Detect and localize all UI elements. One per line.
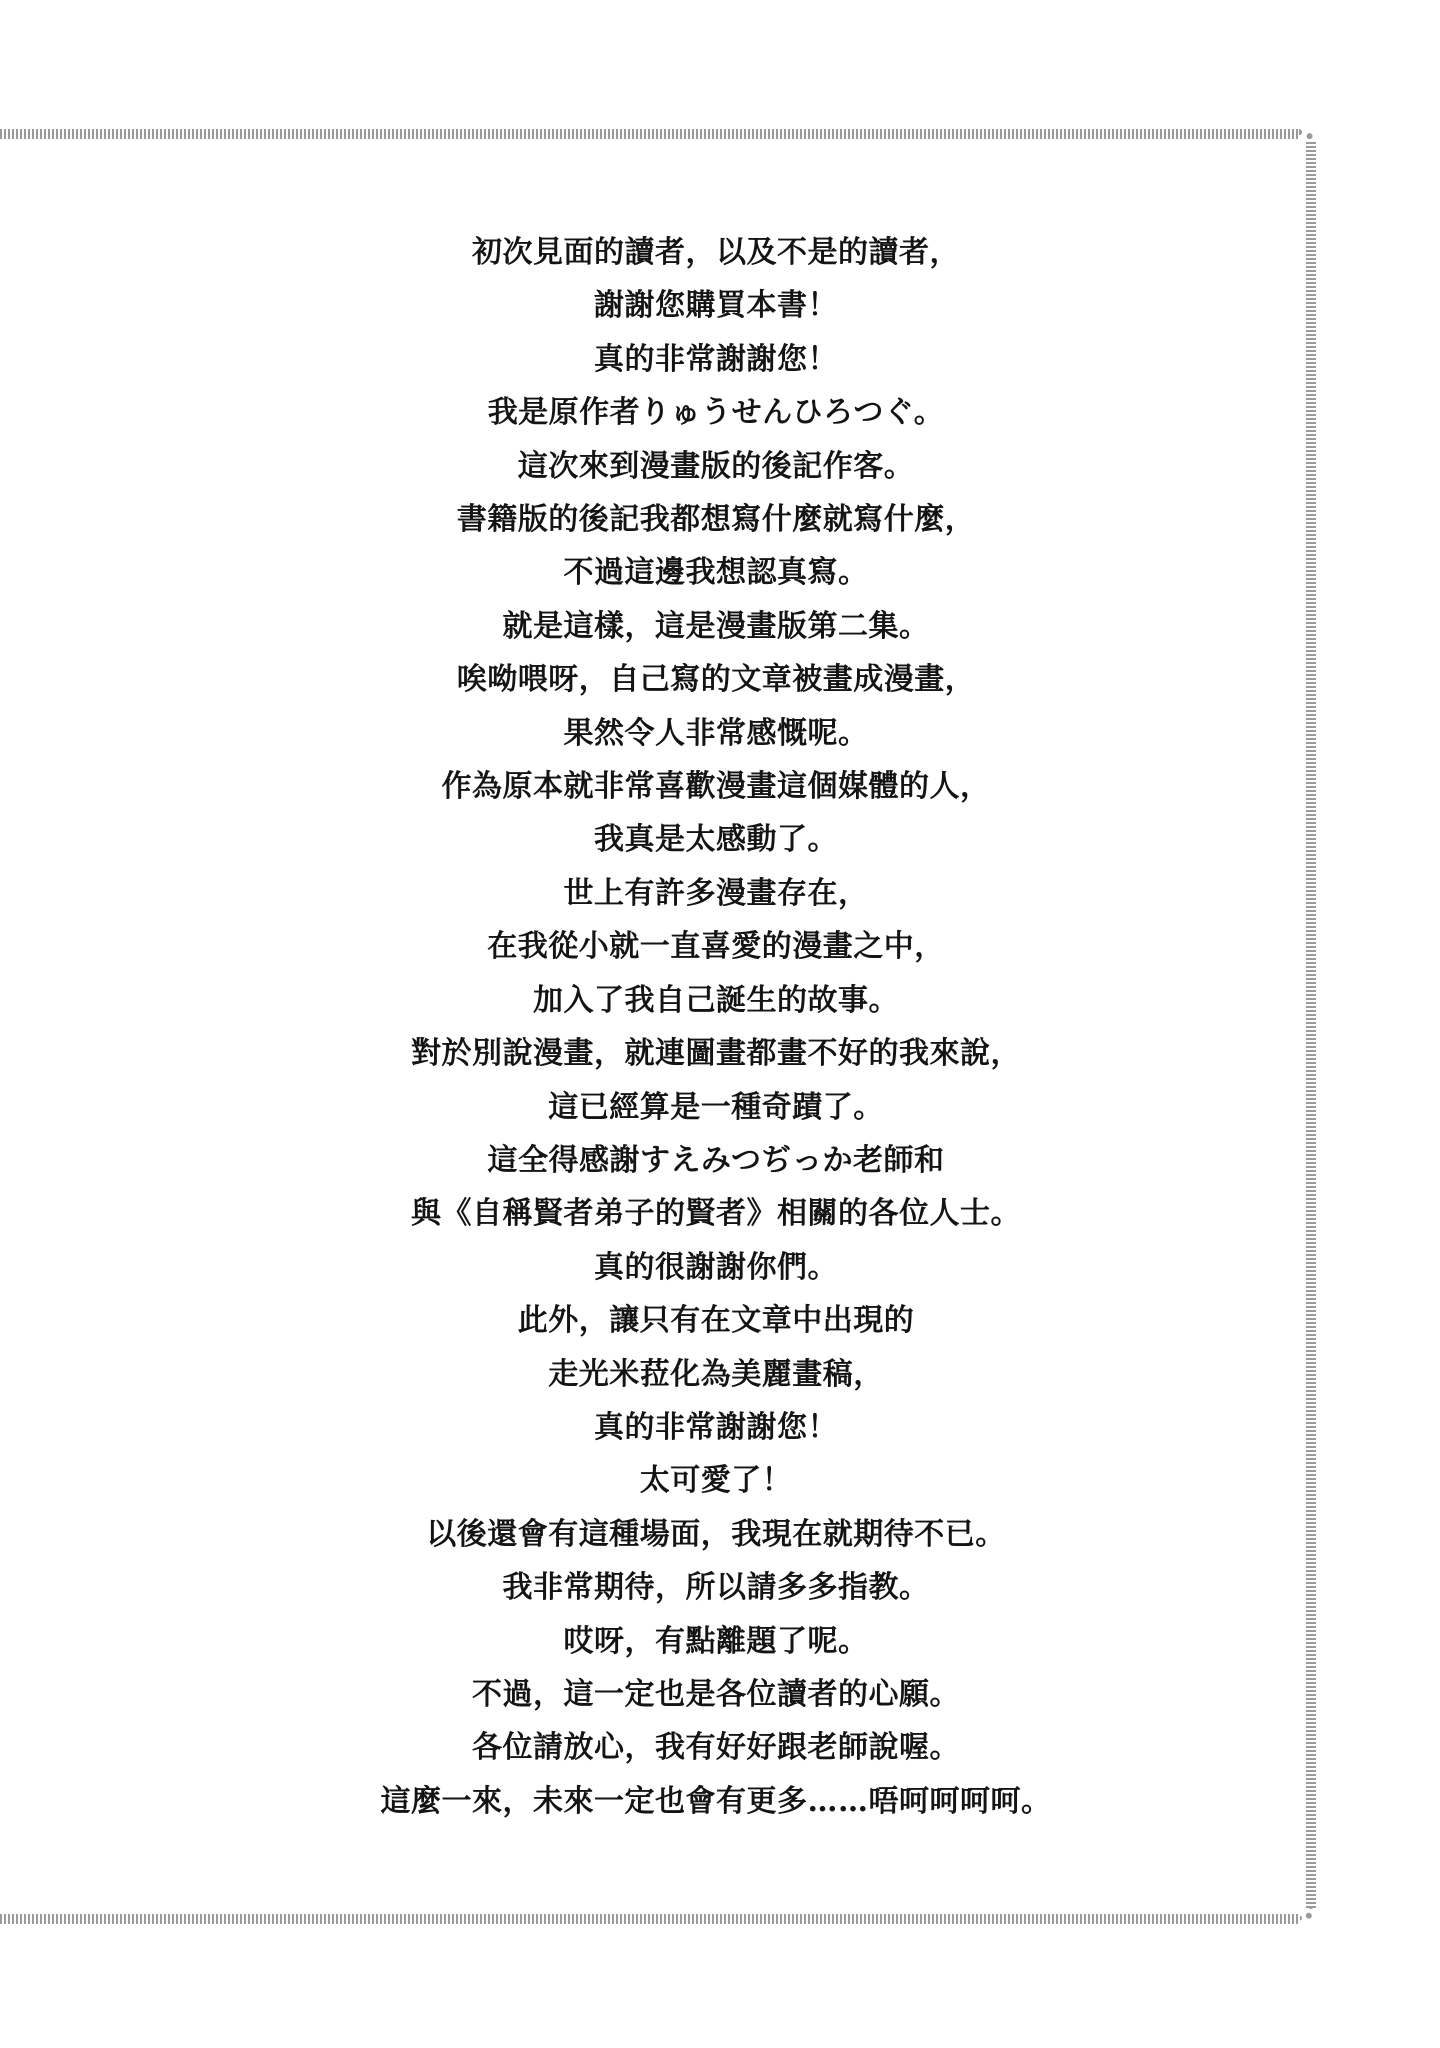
afterword-line: 就是這樣，這是漫畫版第二集。: [316, 600, 1116, 653]
afterword-line: 各位請放心，我有好好跟老師說喔。: [316, 1721, 1116, 1774]
afterword-line: 加入了我自己誕生的故事。: [316, 974, 1116, 1027]
afterword-line: 太可愛了！: [316, 1454, 1116, 1507]
afterword-line: 真的很謝謝你們。: [316, 1241, 1116, 1294]
afterword-line: 在我從小就一直喜愛的漫畫之中，: [316, 920, 1116, 973]
afterword-line: 我真是太感動了。: [316, 813, 1116, 866]
afterword-line: 作為原本就非常喜歡漫畫這個媒體的人，: [316, 760, 1116, 813]
afterword-line: 對於別說漫畫，就連圖畫都畫不好的我來說，: [316, 1027, 1116, 1080]
page-frame-right-border: [1306, 142, 1316, 1908]
afterword-line: 真的非常謝謝您！: [316, 1401, 1116, 1454]
afterword-line: 書籍版的後記我都想寫什麼就寫什麼，: [316, 493, 1116, 546]
afterword-line: 世上有許多漫畫存在，: [316, 867, 1116, 920]
afterword-line: 這次來到漫畫版的後記作客。: [316, 440, 1116, 493]
afterword-text: 初次見面的讀者，以及不是的讀者， 謝謝您購買本書！ 真的非常謝謝您！ 我是原作者…: [316, 226, 1116, 1828]
afterword-line: 這麼一來，未來一定也會有更多……唔呵呵呵呵。: [316, 1775, 1116, 1828]
afterword-line: 初次見面的讀者，以及不是的讀者，: [316, 226, 1116, 279]
afterword-line: 不過這邊我想認真寫。: [316, 546, 1116, 599]
afterword-line: 此外，讓只有在文章中出現的: [316, 1294, 1116, 1347]
afterword-line: 走光米菈化為美麗畫稿，: [316, 1348, 1116, 1401]
afterword-line: 果然令人非常感慨呢。: [316, 707, 1116, 760]
afterword-line: 這已經算是一種奇蹟了。: [316, 1081, 1116, 1134]
afterword-line: 我非常期待，所以請多多指教。: [316, 1561, 1116, 1614]
afterword-line: 與《自稱賢者弟子的賢者》相關的各位人士。: [316, 1187, 1116, 1240]
page-frame-bottom-border: [0, 1914, 1300, 1924]
page-frame-top-border: [0, 129, 1300, 139]
afterword-line: 不過，這一定也是各位讀者的心願。: [316, 1668, 1116, 1721]
afterword-line: 這全得感謝すえみつぢっか老師和: [316, 1134, 1116, 1187]
page-frame-bottom-right-corner: [1299, 1906, 1315, 1922]
afterword-line: 真的非常謝謝您！: [316, 333, 1116, 386]
afterword-line: 唉呦喂呀，自己寫的文章被畫成漫畫，: [316, 653, 1116, 706]
afterword-line: 哎呀，有點離題了呢。: [316, 1615, 1116, 1668]
afterword-line: 以後還會有這種場面，我現在就期待不已。: [316, 1508, 1116, 1561]
afterword-line: 謝謝您購買本書！: [316, 279, 1116, 332]
afterword-line: 我是原作者りゅうせんひろつぐ。: [316, 386, 1116, 439]
